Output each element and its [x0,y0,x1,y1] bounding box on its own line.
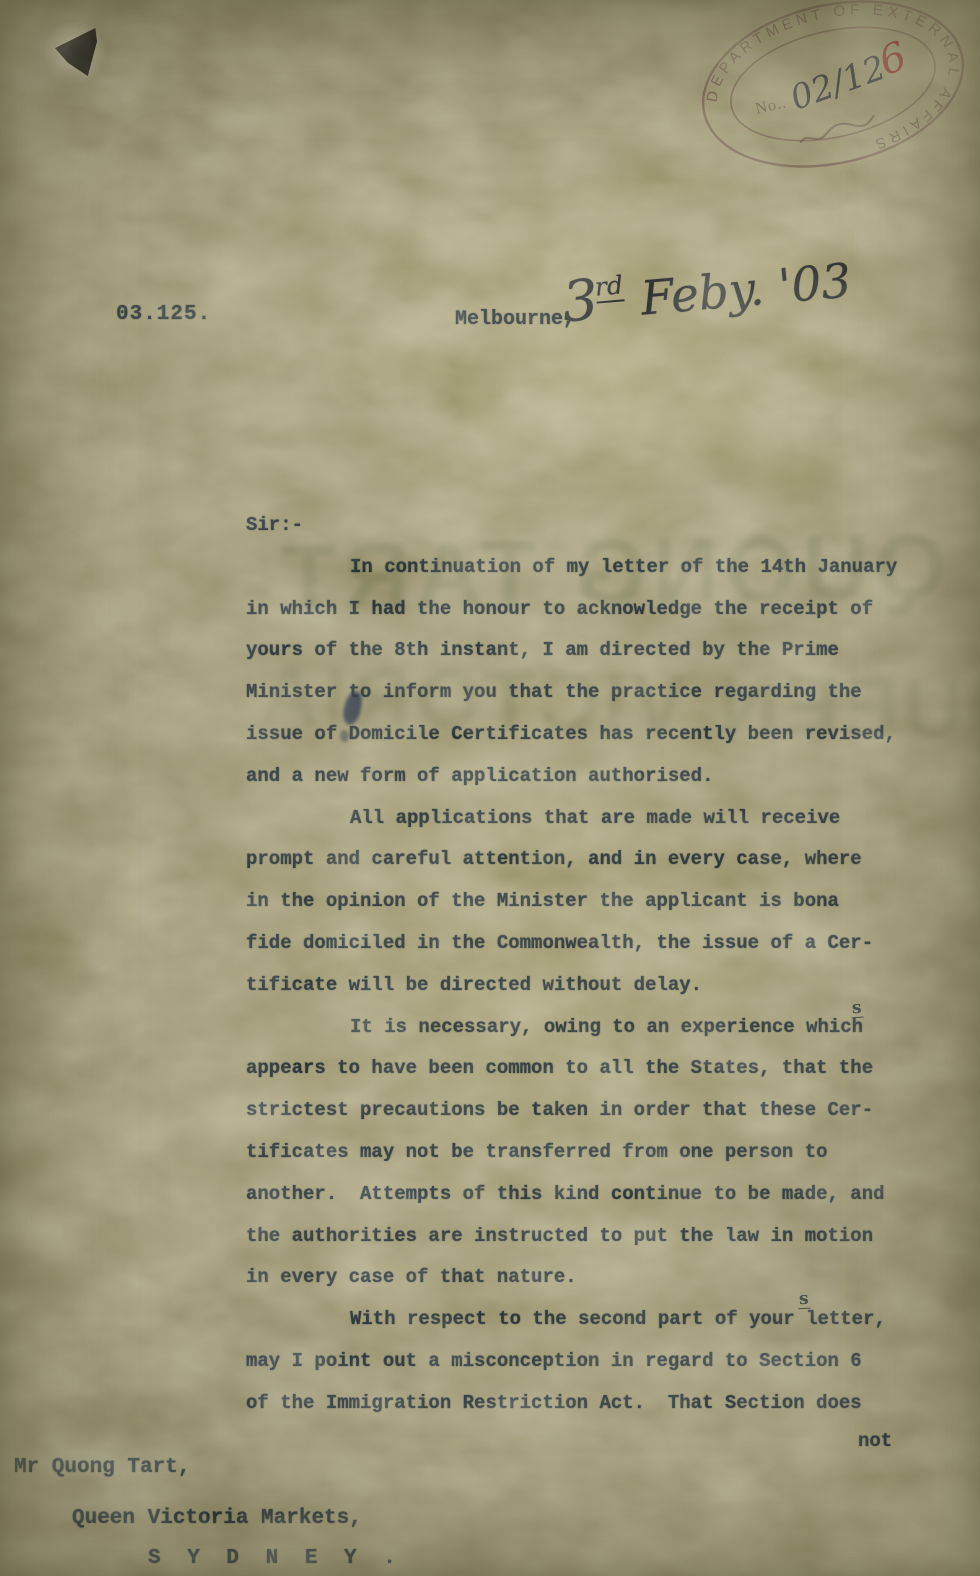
letter-body: Sir:- In continuation of my letter of th… [246,505,936,1425]
ink-blot-small [340,730,349,742]
body-line: In continuation of my letter of the 14th… [246,547,936,589]
received-stamp: DEPARTMENT OF EXTERNAL AFFAIRS No.. 02/1… [690,0,976,184]
catchword: not [858,1430,892,1452]
body-line: of the Immigration Restriction Act. That… [246,1383,936,1425]
date-rest: Feby. '03 [624,253,854,327]
body-line: in every case of that nature. [246,1257,936,1299]
stamp-number-label: No.. [754,94,789,118]
body-line: It is necessary, owing to an experience … [246,1007,936,1049]
address-line-recipient: Mr Quong Tart, [14,1456,190,1479]
place-name: Melbourne, [455,308,575,331]
body-line: tificate will be directed without delay. [246,965,936,1007]
stamp-number-handwritten: 02/12 [785,48,891,119]
body-line: in the opinion of the Minister the appli… [246,881,936,923]
body-line: another. Attempts of this kind continue … [246,1174,936,1216]
body-line: strictest precautions be taken in order … [246,1090,936,1132]
insert-mark-s: s [850,1000,863,1019]
body-line: the authorities are instructed to put th… [246,1216,936,1258]
body-line: With respect to the second part of your … [246,1299,936,1341]
scanned-letter-page: QUONG TART QUEEN VICTORIA DEPARTMENT OF … [0,0,980,1576]
body-line: fide domiciled in the Commonwealth, the … [246,923,936,965]
handwritten-date: 3rd Feby. '03 [560,246,854,336]
insert-mark-s: s [798,1291,811,1310]
address-line-street: Queen Victoria Markets, [72,1507,362,1530]
salutation: Sir:- [246,505,936,547]
body-line: prompt and careful attention, and in eve… [246,839,936,881]
address-line-city: S Y D N E Y . [148,1547,403,1570]
reference-number: 03.125. [116,303,211,326]
body-line: tificates may not be transferred from on… [246,1132,936,1174]
body-line: All applications that are made will rece… [246,798,936,840]
body-line: appears to have been common to all the S… [246,1048,936,1090]
body-line: in which I had the honour to acknowledge… [246,589,936,631]
date-ordinal: rd [594,271,625,304]
body-line: and a new form of application authorised… [246,756,936,798]
body-line: may I point out a misconception in regar… [246,1341,936,1383]
body-line: yours of the 8th instant, I am directed … [246,630,936,672]
